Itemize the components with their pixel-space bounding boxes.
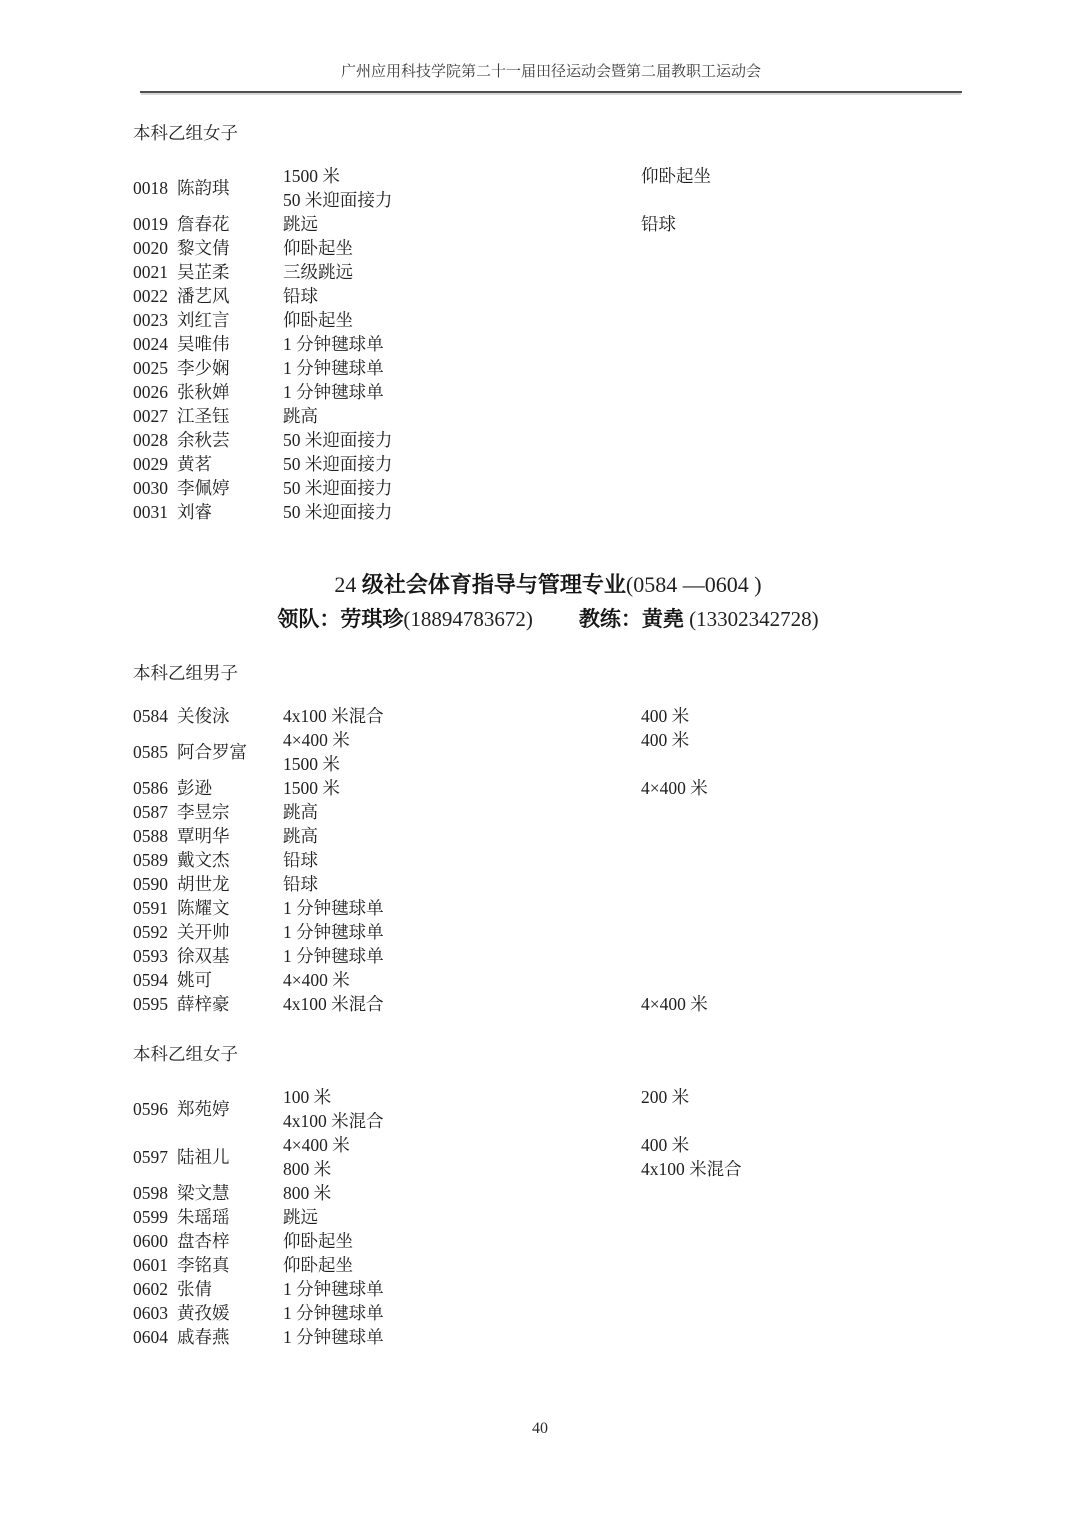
athlete-events-primary: 50 米迎面接力 bbox=[283, 452, 641, 476]
table-row: 0598 梁文慧 800 米 bbox=[133, 1181, 1080, 1205]
section-label: 本科乙组男子 bbox=[133, 661, 1080, 685]
athlete-events-secondary: 200 米 bbox=[641, 1085, 1080, 1109]
athlete-number: 0026 bbox=[133, 380, 177, 404]
athlete-name: 余秋芸 bbox=[177, 428, 283, 452]
table-row: 0591 陈耀文 1 分钟毽球单 bbox=[133, 896, 1080, 920]
roster-section: 本科乙组女子 0018 陈韵琪 1500 米 50 米迎面接力 仰卧起坐 001… bbox=[133, 121, 1080, 524]
table-row: 0018 陈韵琪 1500 米 50 米迎面接力 仰卧起坐 bbox=[133, 164, 1080, 212]
content-area: 本科乙组女子 0018 陈韵琪 1500 米 50 米迎面接力 仰卧起坐 001… bbox=[0, 93, 1080, 1349]
athlete-number: 0018 bbox=[133, 176, 177, 200]
athlete-name: 朱瑶瑶 bbox=[177, 1205, 283, 1229]
table-row: 0595 薛梓豪 4x100 米混合 4×400 米 bbox=[133, 992, 1080, 1016]
table-row: 0601 李铭真 仰卧起坐 bbox=[133, 1253, 1080, 1277]
athlete-name: 李少娴 bbox=[177, 356, 283, 380]
roster-rows: 0584 关俊泳 4x100 米混合 400 米 0585 阿合罗富 4×400… bbox=[133, 704, 1080, 1016]
header-title: 广州应用科技学院第二十一届田径运动会暨第二届教职工运动会 bbox=[140, 62, 962, 93]
athlete-events-secondary: 4×400 米 bbox=[641, 776, 1080, 800]
table-row: 0020 黎文倩 仰卧起坐 bbox=[133, 236, 1080, 260]
athlete-events-primary: 1 分钟毽球单 bbox=[283, 1301, 641, 1325]
athlete-name: 黎文倩 bbox=[177, 236, 283, 260]
athlete-number: 0021 bbox=[133, 260, 177, 284]
athlete-events-primary: 铅球 bbox=[283, 872, 641, 896]
athlete-events-primary: 1 分钟毽球单 bbox=[283, 1325, 641, 1349]
athlete-number: 0595 bbox=[133, 992, 177, 1016]
athlete-events-primary: 50 米迎面接力 bbox=[283, 500, 641, 524]
athlete-number: 0594 bbox=[133, 968, 177, 992]
table-row: 0602 张倩 1 分钟毽球单 bbox=[133, 1277, 1080, 1301]
table-row: 0604 戚春燕 1 分钟毽球单 bbox=[133, 1325, 1080, 1349]
athlete-name: 阿合罗富 bbox=[177, 740, 283, 764]
table-row: 0589 戴文杰 铅球 bbox=[133, 848, 1080, 872]
athlete-number: 0031 bbox=[133, 500, 177, 524]
athlete-events-secondary: 400 米 bbox=[641, 704, 1080, 728]
athlete-events-primary: 跳高 bbox=[283, 824, 641, 848]
athlete-name: 姚可 bbox=[177, 968, 283, 992]
athlete-number: 0590 bbox=[133, 872, 177, 896]
table-row: 0025 李少娴 1 分钟毽球单 bbox=[133, 356, 1080, 380]
athlete-name: 吴芷柔 bbox=[177, 260, 283, 284]
athlete-number: 0600 bbox=[133, 1229, 177, 1253]
athlete-events-primary: 铅球 bbox=[283, 284, 641, 308]
athlete-number: 0587 bbox=[133, 800, 177, 824]
athlete-name: 刘睿 bbox=[177, 500, 283, 524]
table-row: 0023 刘红言 仰卧起坐 bbox=[133, 308, 1080, 332]
athlete-name: 薛梓豪 bbox=[177, 992, 283, 1016]
athlete-number: 0027 bbox=[133, 404, 177, 428]
athlete-number: 0599 bbox=[133, 1205, 177, 1229]
athlete-name: 李佩婷 bbox=[177, 476, 283, 500]
page-footer: 40 bbox=[0, 1420, 1080, 1438]
athlete-events-primary: 1 分钟毽球单 bbox=[283, 356, 641, 380]
athlete-name: 盘杏梓 bbox=[177, 1229, 283, 1253]
athlete-name: 陈耀文 bbox=[177, 896, 283, 920]
athlete-events-primary: 100 米 4x100 米混合 bbox=[283, 1085, 641, 1133]
athlete-name: 戴文杰 bbox=[177, 848, 283, 872]
roster-rows: 0018 陈韵琪 1500 米 50 米迎面接力 仰卧起坐 0019 詹春花 跳… bbox=[133, 164, 1080, 524]
page-number: 40 bbox=[532, 1420, 548, 1437]
table-row: 0597 陆祖儿 4×400 米 800 米 400 米 4x100 米混合 bbox=[133, 1133, 1080, 1181]
group-subtitle: 领队：劳琪珍(18894783672)教练：黄堯 (13302342728) bbox=[16, 604, 1080, 635]
athlete-number: 0591 bbox=[133, 896, 177, 920]
athlete-number: 0596 bbox=[133, 1097, 177, 1121]
athlete-number: 0020 bbox=[133, 236, 177, 260]
group-heading: 24 级社会体育指导与管理专业(0584 —0604 ) 领队：劳琪珍(1889… bbox=[0, 570, 1080, 635]
table-row: 0594 姚可 4×400 米 bbox=[133, 968, 1080, 992]
athlete-number: 0604 bbox=[133, 1325, 177, 1349]
athlete-events-primary: 跳高 bbox=[283, 800, 641, 824]
athlete-number: 0025 bbox=[133, 356, 177, 380]
table-row: 0599 朱瑶瑶 跳远 bbox=[133, 1205, 1080, 1229]
athlete-events-primary: 4×400 米 800 米 bbox=[283, 1133, 641, 1181]
athlete-name: 刘红言 bbox=[177, 308, 283, 332]
athlete-events-primary: 仰卧起坐 bbox=[283, 1253, 641, 1277]
athlete-name: 郑苑婷 bbox=[177, 1097, 283, 1121]
athlete-events-primary: 1 分钟毽球单 bbox=[283, 380, 641, 404]
athlete-name: 陆祖儿 bbox=[177, 1145, 283, 1169]
athlete-number: 0597 bbox=[133, 1145, 177, 1169]
table-row: 0030 李佩婷 50 米迎面接力 bbox=[133, 476, 1080, 500]
athlete-name: 詹春花 bbox=[177, 212, 283, 236]
athlete-number: 0022 bbox=[133, 284, 177, 308]
table-row: 0031 刘睿 50 米迎面接力 bbox=[133, 500, 1080, 524]
athlete-events-primary: 仰卧起坐 bbox=[283, 236, 641, 260]
athlete-number: 0029 bbox=[133, 452, 177, 476]
athlete-events-primary: 仰卧起坐 bbox=[283, 308, 641, 332]
athlete-events-primary: 三级跳远 bbox=[283, 260, 641, 284]
athlete-events-secondary: 仰卧起坐 bbox=[641, 164, 1080, 188]
athlete-name: 吴唯伟 bbox=[177, 332, 283, 356]
athlete-number: 0023 bbox=[133, 308, 177, 332]
athlete-name: 戚春燕 bbox=[177, 1325, 283, 1349]
athlete-events-primary: 1 分钟毽球单 bbox=[283, 1277, 641, 1301]
athlete-name: 张秋婵 bbox=[177, 380, 283, 404]
athlete-events-primary: 800 米 bbox=[283, 1181, 641, 1205]
document-page: 广州应用科技学院第二十一届田径运动会暨第二届教职工运动会 本科乙组女子 0018… bbox=[0, 0, 1080, 1515]
table-row: 0584 关俊泳 4x100 米混合 400 米 bbox=[133, 704, 1080, 728]
athlete-name: 覃明华 bbox=[177, 824, 283, 848]
athlete-events-secondary: 400 米 bbox=[641, 728, 1080, 752]
coach-phone: (13302342728) bbox=[684, 607, 819, 631]
athlete-name: 张倩 bbox=[177, 1277, 283, 1301]
athlete-number: 0030 bbox=[133, 476, 177, 500]
athlete-number: 0603 bbox=[133, 1301, 177, 1325]
table-row: 0027 江圣钰 跳高 bbox=[133, 404, 1080, 428]
athlete-name: 胡世龙 bbox=[177, 872, 283, 896]
athlete-events-primary: 跳远 bbox=[283, 212, 641, 236]
athlete-events-primary: 4×400 米 1500 米 bbox=[283, 728, 641, 776]
athlete-events-secondary: 铅球 bbox=[641, 212, 1080, 236]
athlete-name: 彭逊 bbox=[177, 776, 283, 800]
athlete-name: 李铭真 bbox=[177, 1253, 283, 1277]
athlete-number: 0592 bbox=[133, 920, 177, 944]
group-title-range: (0584 —0604 ) bbox=[626, 572, 762, 597]
athlete-number: 0584 bbox=[133, 704, 177, 728]
table-row: 0596 郑苑婷 100 米 4x100 米混合 200 米 bbox=[133, 1085, 1080, 1133]
table-row: 0021 吴芷柔 三级跳远 bbox=[133, 260, 1080, 284]
athlete-events-secondary: 400 米 4x100 米混合 bbox=[641, 1133, 1080, 1181]
table-row: 0593 徐双基 1 分钟毽球单 bbox=[133, 944, 1080, 968]
athlete-number: 0585 bbox=[133, 740, 177, 764]
table-row: 0603 黄孜媛 1 分钟毽球单 bbox=[133, 1301, 1080, 1325]
section-label: 本科乙组女子 bbox=[133, 1042, 1080, 1066]
table-row: 0592 关开帅 1 分钟毽球单 bbox=[133, 920, 1080, 944]
section-label: 本科乙组女子 bbox=[133, 121, 1080, 145]
table-row: 0019 詹春花 跳远 铅球 bbox=[133, 212, 1080, 236]
leader-phone: (18894783672) bbox=[403, 607, 533, 631]
group-title-text: 级社会体育指导与管理专业 bbox=[362, 572, 626, 597]
athlete-name: 黄孜媛 bbox=[177, 1301, 283, 1325]
athlete-events-primary: 4x100 米混合 bbox=[283, 704, 641, 728]
athlete-events-primary: 4×400 米 bbox=[283, 968, 641, 992]
athlete-number: 0019 bbox=[133, 212, 177, 236]
athlete-name: 李昱宗 bbox=[177, 800, 283, 824]
athlete-events-primary: 1500 米 bbox=[283, 776, 641, 800]
athlete-name: 梁文慧 bbox=[177, 1181, 283, 1205]
athlete-events-primary: 跳远 bbox=[283, 1205, 641, 1229]
athlete-number: 0586 bbox=[133, 776, 177, 800]
table-row: 0586 彭逊 1500 米 4×400 米 bbox=[133, 776, 1080, 800]
athlete-number: 0602 bbox=[133, 1277, 177, 1301]
athlete-number: 0593 bbox=[133, 944, 177, 968]
athlete-number: 0024 bbox=[133, 332, 177, 356]
group-title-number: 24 bbox=[334, 572, 362, 597]
athlete-name: 陈韵琪 bbox=[177, 176, 283, 200]
athlete-number: 0028 bbox=[133, 428, 177, 452]
athlete-name: 江圣钰 bbox=[177, 404, 283, 428]
athlete-events-primary: 铅球 bbox=[283, 848, 641, 872]
table-row: 0029 黄茗 50 米迎面接力 bbox=[133, 452, 1080, 476]
table-row: 0585 阿合罗富 4×400 米 1500 米 400 米 bbox=[133, 728, 1080, 776]
athlete-events-primary: 1 分钟毽球单 bbox=[283, 332, 641, 356]
athlete-events-primary: 50 米迎面接力 bbox=[283, 428, 641, 452]
table-row: 0026 张秋婵 1 分钟毽球单 bbox=[133, 380, 1080, 404]
athlete-events-primary: 1500 米 50 米迎面接力 bbox=[283, 164, 641, 212]
athlete-name: 黄茗 bbox=[177, 452, 283, 476]
athlete-name: 关俊泳 bbox=[177, 704, 283, 728]
athlete-number: 0598 bbox=[133, 1181, 177, 1205]
athlete-name: 徐双基 bbox=[177, 944, 283, 968]
coach-label: 教练：黄堯 bbox=[579, 608, 684, 631]
leader-label: 领队：劳琪珍 bbox=[277, 608, 403, 631]
athlete-events-primary: 1 分钟毽球单 bbox=[283, 896, 641, 920]
roster-section: 本科乙组女子 0596 郑苑婷 100 米 4x100 米混合 200 米 05… bbox=[133, 1042, 1080, 1349]
athlete-events-secondary: 4×400 米 bbox=[641, 992, 1080, 1016]
table-row: 0588 覃明华 跳高 bbox=[133, 824, 1080, 848]
table-row: 0022 潘艺风 铅球 bbox=[133, 284, 1080, 308]
roster-rows: 0596 郑苑婷 100 米 4x100 米混合 200 米 0597 陆祖儿 … bbox=[133, 1085, 1080, 1349]
roster-section: 本科乙组男子 0584 关俊泳 4x100 米混合 400 米 0585 阿合罗… bbox=[133, 661, 1080, 1016]
table-row: 0587 李昱宗 跳高 bbox=[133, 800, 1080, 824]
athlete-number: 0601 bbox=[133, 1253, 177, 1277]
athlete-number: 0588 bbox=[133, 824, 177, 848]
athlete-number: 0589 bbox=[133, 848, 177, 872]
athlete-events-primary: 4x100 米混合 bbox=[283, 992, 641, 1016]
athlete-name: 潘艺风 bbox=[177, 284, 283, 308]
page-header: 广州应用科技学院第二十一届田径运动会暨第二届教职工运动会 bbox=[140, 0, 962, 93]
athlete-events-primary: 1 分钟毽球单 bbox=[283, 920, 641, 944]
athlete-name: 关开帅 bbox=[177, 920, 283, 944]
group-title: 24 级社会体育指导与管理专业(0584 —0604 ) bbox=[16, 570, 1080, 600]
athlete-events-primary: 仰卧起坐 bbox=[283, 1229, 641, 1253]
table-row: 0024 吴唯伟 1 分钟毽球单 bbox=[133, 332, 1080, 356]
athlete-events-primary: 1 分钟毽球单 bbox=[283, 944, 641, 968]
athlete-events-primary: 50 米迎面接力 bbox=[283, 476, 641, 500]
athlete-events-primary: 跳高 bbox=[283, 404, 641, 428]
table-row: 0028 余秋芸 50 米迎面接力 bbox=[133, 428, 1080, 452]
table-row: 0600 盘杏梓 仰卧起坐 bbox=[133, 1229, 1080, 1253]
table-row: 0590 胡世龙 铅球 bbox=[133, 872, 1080, 896]
